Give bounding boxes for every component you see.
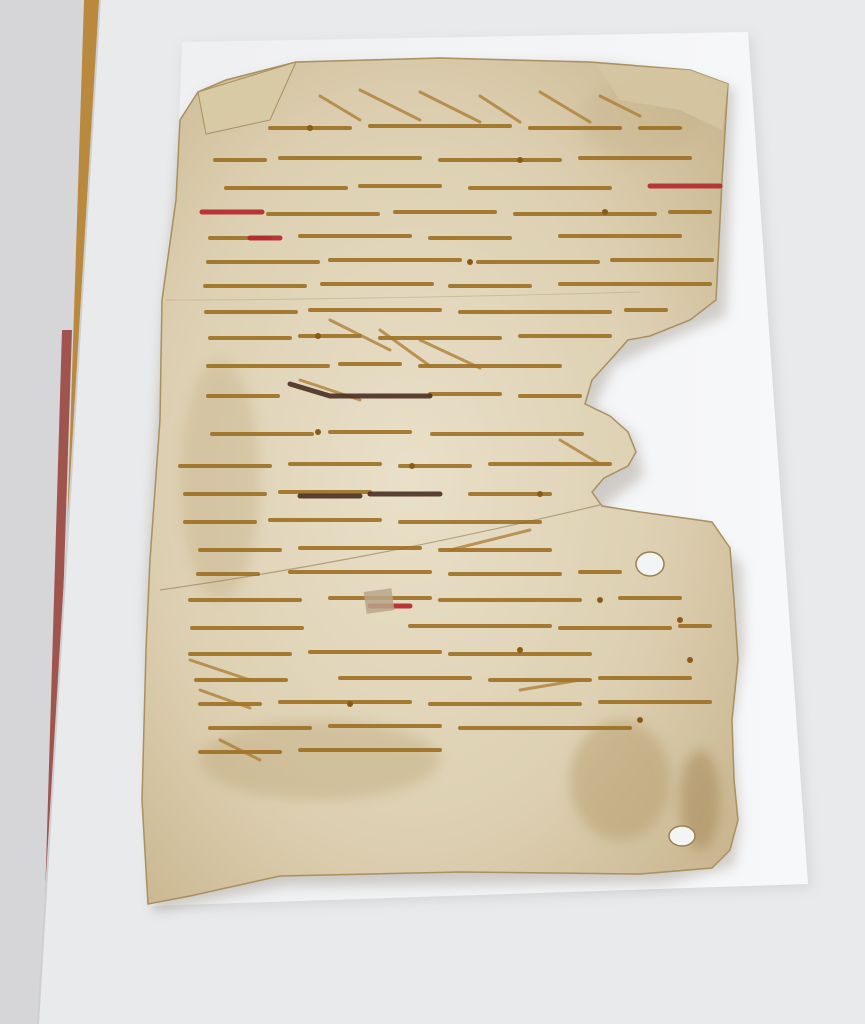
manuscript-photo: [0, 0, 865, 1024]
punch-hole-lower: [669, 826, 695, 846]
photo-scene: Fragment of an ancient manuscript leaf o…: [0, 0, 865, 1024]
punch-hole-upper: [636, 552, 664, 576]
